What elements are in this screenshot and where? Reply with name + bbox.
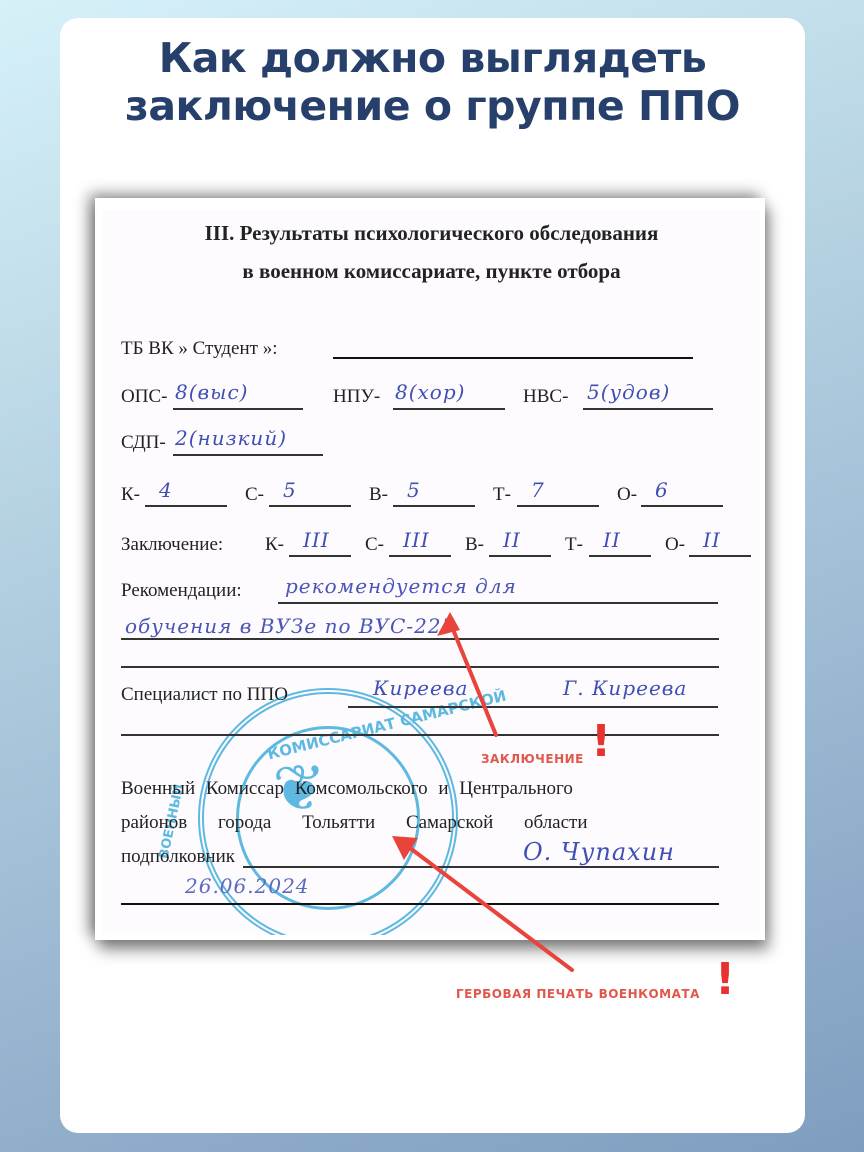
recommendations-rule-2 [121,638,719,640]
conclusion-row-label-0: К- [265,534,284,556]
ops-value: 8(выс) [175,380,248,404]
heading-line-2: в военном комиссариате, пункте отбора [103,252,760,290]
conclusion-row-value-3: II [603,528,621,552]
specialist-name: Г. Киреева [563,676,687,700]
commissar-rank: подполковник [121,846,235,868]
npu-label: НПУ- [333,386,380,408]
scores-row-rule-0 [145,505,227,507]
conclusion-label: Заключение: [121,534,223,556]
nvs-rule [583,408,713,410]
blank-rule [121,666,719,668]
date-rule [121,903,719,905]
scores-row-value-0: 4 [159,478,173,502]
scores-row-value-2: 5 [407,478,421,502]
sdp-value: 2(низкий) [175,426,287,450]
conclusion-row-label-3: Т- [565,534,583,556]
scores-row-rule-1 [269,505,351,507]
conclusion-row-rule-2 [489,555,551,557]
exclamation-icon: ! [591,720,611,764]
scores-row-label-2: В- [369,484,388,506]
document-scan: III. Результаты психологического обследо… [103,210,760,935]
page-title: Как должно выглядеть заключение о группе… [60,34,805,130]
title-line-2: заключение о группе ППО [60,82,805,130]
npu-value: 8(хор) [395,380,465,404]
nvs-value: 5(удов) [587,380,670,404]
npu-rule [393,408,505,410]
commissar-signature: О. Чупахин [523,838,675,866]
scores-row-rule-4 [641,505,723,507]
blank-rule-2 [121,734,719,736]
specialist-rule [348,706,718,708]
sdp-rule [173,454,323,456]
scores-row-rule-2 [393,505,475,507]
conclusion-row-rule-4 [689,555,751,557]
ops-label: ОПС- [121,386,167,408]
exclamation-icon-2: ! [715,958,735,1002]
date-value: 26.06.2024 [185,874,310,898]
conclusion-row-value-2: II [503,528,521,552]
scores-row-value-1: 5 [283,478,297,502]
heading-line-1: III. Результаты психологического обследо… [103,214,760,252]
recommendations-rule-1 [278,602,718,604]
annotation-stamp: ГЕРБОВАЯ ПЕЧАТЬ ВОЕНКОМАТА [456,987,700,1001]
annotation-conclusion: ЗАКЛЮЧЕНИЕ [481,752,584,766]
conclusion-row-label-2: В- [465,534,484,556]
commissar-line-1: Военный Комиссар Комсомольского и Центра… [121,778,573,800]
scores-row-label-4: О- [617,484,637,506]
nvs-label: НВС- [523,386,568,408]
recommendations-line-2: обучения в ВУЗе по ВУС-225 [125,614,455,638]
conclusion-row-label-1: С- [365,534,384,556]
conclusion-row-label-4: О- [665,534,685,556]
specialist-signature: Киреева [373,676,468,700]
scores-row-value-3: 7 [531,478,545,502]
tb-vk-label: ТБ ВК » Студент »: [121,338,278,360]
scores-row-label-3: Т- [493,484,511,506]
conclusion-row-value-4: II [703,528,721,552]
conclusion-row-rule-3 [589,555,651,557]
commissar-line-2: районов города Тольятти Самарской област… [121,812,588,834]
recommendations-line-1: рекомендуется для [285,574,517,598]
conclusion-row-value-1: III [403,528,430,552]
specialist-label: Специалист по ППО [121,684,288,706]
title-line-1: Как должно выглядеть [60,34,805,82]
conclusion-row-value-0: III [303,528,330,552]
commissar-rule [243,866,719,868]
scores-row-label-0: К- [121,484,140,506]
conclusion-row-rule-0 [289,555,351,557]
document-heading: III. Результаты психологического обследо… [103,214,760,290]
scores-row-value-4: 6 [655,478,669,502]
scores-row-rule-3 [517,505,599,507]
recommendations-label: Рекомендации: [121,580,242,602]
conclusion-row-rule-1 [389,555,451,557]
tb-vk-rule [333,357,693,359]
ops-rule [173,408,303,410]
sdp-label: СДП- [121,432,166,454]
scores-row-label-1: С- [245,484,264,506]
